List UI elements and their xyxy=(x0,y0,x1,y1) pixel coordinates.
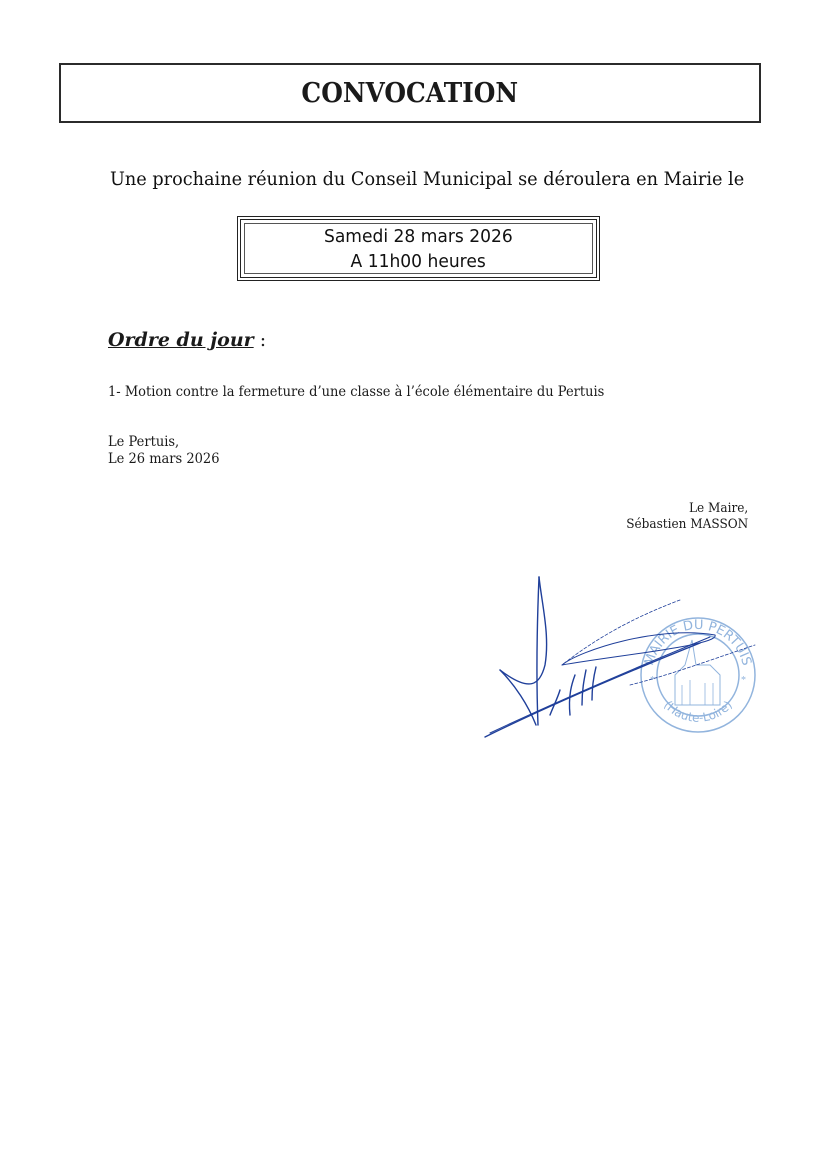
signatory-block: Le Maire, Sébastien MASSON xyxy=(626,501,748,533)
title-box: CONVOCATION xyxy=(59,63,761,123)
meeting-date-box: Samedi 28 mars 2026 A 11h00 heures xyxy=(237,216,600,281)
intro-text: Une prochaine réunion du Conseil Municip… xyxy=(110,168,744,190)
signature-stamp-graphic: MAIRIE DU PERTUIS (Haute-Loire) * * xyxy=(470,565,770,755)
official-stamp-icon: MAIRIE DU PERTUIS (Haute-Loire) * * xyxy=(641,618,755,732)
svg-text:*: * xyxy=(650,675,655,686)
meeting-date: Samedi 28 mars 2026 xyxy=(324,224,513,249)
issued-date: Le 26 mars 2026 xyxy=(108,451,219,468)
svg-text:*: * xyxy=(741,675,746,686)
agenda-heading-text: Ordre du jour xyxy=(108,329,254,351)
stamp-bottom-text: (Haute-Loire) xyxy=(661,698,735,725)
agenda-item: 1- Motion contre la fermeture d’une clas… xyxy=(108,384,604,400)
document-title: CONVOCATION xyxy=(302,78,519,109)
place: Le Pertuis, xyxy=(108,434,219,451)
svg-text:(Haute-Loire): (Haute-Loire) xyxy=(661,698,735,725)
meeting-time: A 11h00 heures xyxy=(351,249,486,274)
place-date-block: Le Pertuis, Le 26 mars 2026 xyxy=(108,434,219,468)
agenda-heading-colon: : xyxy=(254,329,266,351)
signatory-name: Sébastien MASSON xyxy=(626,517,748,533)
signature-and-stamp: MAIRIE DU PERTUIS (Haute-Loire) * * xyxy=(470,565,770,755)
agenda-heading: Ordre du jour : xyxy=(108,329,266,351)
signatory-role: Le Maire, xyxy=(626,501,748,517)
